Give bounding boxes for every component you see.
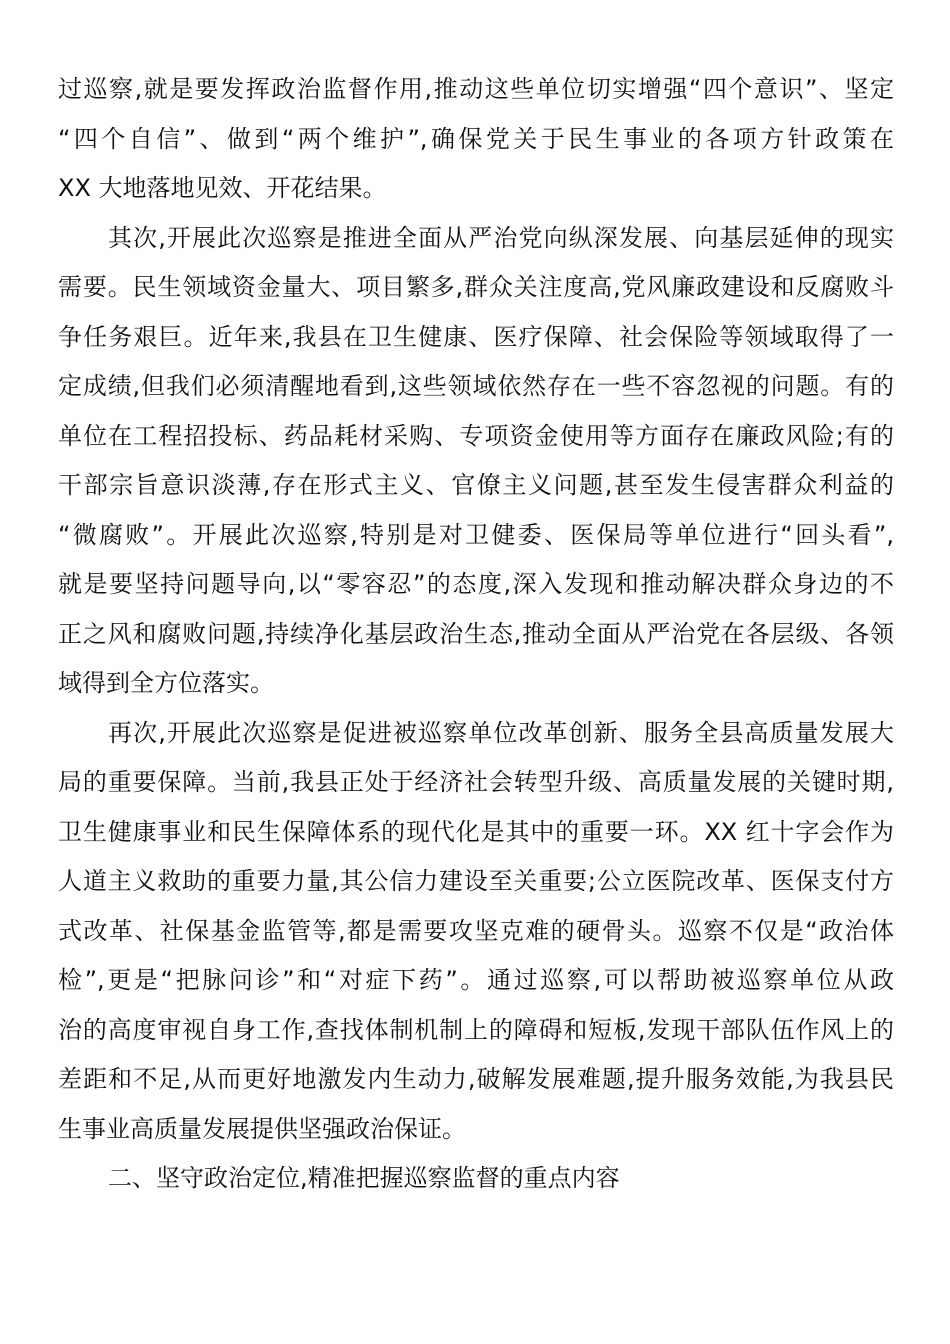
text-line: “微腐败”。开展此次巡察,特别是对卫健委、医保局等单位进行“回头看”, <box>58 515 894 565</box>
document-body: 过巡察,就是要发挥政治监督作用,推动这些单位切实增强“四个意识”、坚定 “四个自… <box>58 69 894 1208</box>
document-page: 过巡察,就是要发挥政治监督作用,推动这些单位切实增强“四个意识”、坚定 “四个自… <box>0 0 950 1344</box>
text-line: 就是要坚持问题导向,以“零容忍”的态度,深入发现和推动解决群众身边的不 <box>58 564 894 614</box>
section-2-title: 二、坚守政治定位,精准把握巡察监督的重点内容 <box>58 1158 894 1208</box>
paragraph-2: 其次,开展此次巡察是推进全面从严治党向纵深发展、向基层延伸的现实 需要。民生领域… <box>58 218 894 713</box>
text-line: 式改革、社保基金监管等,都是需要攻坚克难的硬骨头。巡察不仅是“政治体 <box>58 911 894 961</box>
text-line: 治的高度审视自身工作,查找体制机制上的障碍和短板,发现干部队伍作风上的 <box>58 1010 894 1060</box>
text-line: 定成绩,但我们必须清醒地看到,这些领域依然存在一些不容忽视的问题。有的 <box>58 366 894 416</box>
text-line: 再次,开展此次巡察是促进被巡察单位改革创新、服务全县高质量发展大 <box>58 713 894 763</box>
paragraph-3: 再次,开展此次巡察是促进被巡察单位改革创新、服务全县高质量发展大 局的重要保障。… <box>58 713 894 1159</box>
text-line: 局的重要保障。当前,我县正处于经济社会转型升级、高质量发展的关键时期, <box>58 762 894 812</box>
text-line: 单位在工程招投标、药品耗材采购、专项资金使用等方面存在廉政风险;有的 <box>58 416 894 466</box>
text-line: 正之风和腐败问题,持续净化基层政治生态,推动全面从严治党在各层级、各领 <box>58 614 894 664</box>
text-line: 人道主义救助的重要力量,其公信力建设至关重要;公立医院改革、医保支付方 <box>58 861 894 911</box>
text-line: 争任务艰巨。近年来,我县在卫生健康、医疗保障、社会保险等领域取得了一 <box>58 317 894 367</box>
text-line: 检”,更是“把脉问诊”和“对症下药”。通过巡察,可以帮助被巡察单位从政 <box>58 960 894 1010</box>
text-line: “四个自信”、做到“两个维护”,确保党关于民生事业的各项方针政策在 <box>58 119 894 169</box>
text-line: 域得到全方位落实。 <box>58 663 894 713</box>
text-line: 需要。民生领域资金量大、项目繁多,群众关注度高,党风廉政建设和反腐败斗 <box>58 267 894 317</box>
section-heading: 二、坚守政治定位,精准把握巡察监督的重点内容 <box>58 1158 894 1208</box>
text-line: 卫生健康事业和民生保障体系的现代化是其中的重要一环。XX 红十字会作为 <box>58 812 894 862</box>
text-line: 干部宗旨意识淡薄,存在形式主义、官僚主义问题,甚至发生侵害群众利益的 <box>58 465 894 515</box>
text-line: 其次,开展此次巡察是推进全面从严治党向纵深发展、向基层延伸的现实 <box>58 218 894 268</box>
text-line: XX 大地落地见效、开花结果。 <box>58 168 894 218</box>
text-line: 过巡察,就是要发挥政治监督作用,推动这些单位切实增强“四个意识”、坚定 <box>58 69 894 119</box>
text-line: 生事业高质量发展提供坚强政治保证。 <box>58 1109 894 1159</box>
paragraph-1: 过巡察,就是要发挥政治监督作用,推动这些单位切实增强“四个意识”、坚定 “四个自… <box>58 69 894 218</box>
text-line: 差距和不足,从而更好地激发内生动力,破解发展难题,提升服务效能,为我县民 <box>58 1059 894 1109</box>
